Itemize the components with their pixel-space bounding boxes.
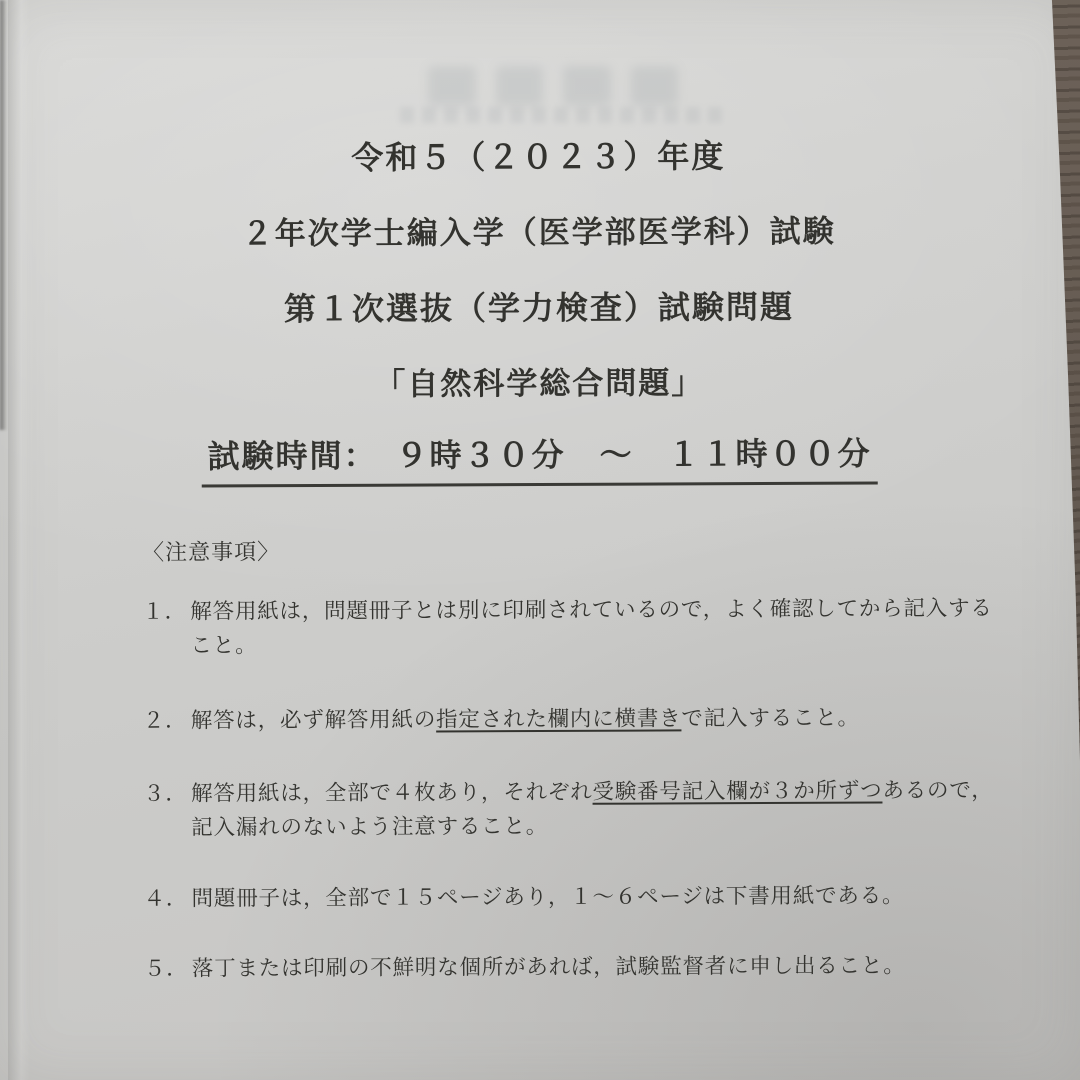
note-text-pre: 解答は，必ず解答用紙の bbox=[191, 707, 436, 732]
note-number: ２． bbox=[143, 704, 191, 738]
note-text-pre: 解答用紙は，全部で４枚あり，それぞれ bbox=[191, 780, 593, 806]
note-number: ３． bbox=[143, 777, 191, 845]
note-number: １． bbox=[142, 596, 190, 664]
photo-of-exam-cover: 令和５（２０２３）年度 ２年次学士編入学（医学部医学科）試験 第１次選抜（学力検… bbox=[0, 0, 1080, 1080]
exam-time: 試験時間： ９時３０分 ～ １１時００分 bbox=[202, 429, 878, 488]
note-item-4: ４． 問題冊子は，全部で１５ページあり，１～６ページは下書用紙である。 bbox=[143, 879, 1005, 917]
note-text: 落丁または印刷の不鮮明な個所があれば，試験監督者に申し出ること。 bbox=[192, 949, 1006, 987]
note-number: ４． bbox=[143, 882, 191, 916]
title-block: 令和５（２０２３）年度 ２年次学士編入学（医学部医学科）試験 第１次選抜（学力検… bbox=[0, 130, 1080, 489]
note-text-underlined: 受験番号記入欄が３か所ずつ bbox=[592, 778, 882, 803]
note-text: 解答用紙は，問題冊子とは別に印刷されているので，よく確認してから記入すること。 bbox=[190, 592, 1004, 663]
note-item-5: ５． 落丁または印刷の不鮮明な個所があれば，試験監督者に申し出ること。 bbox=[144, 949, 1006, 987]
note-text: 解答は，必ず解答用紙の指定された欄内に横書きで記入すること。 bbox=[191, 701, 1005, 739]
notes-section: 〈注意事項〉 １． 解答用紙は，問題冊子とは別に印刷されているので，よく確認して… bbox=[142, 532, 1006, 987]
note-text-pre: 問題冊子は，全部で１５ページあり，１～６ページは下書用紙である。 bbox=[192, 883, 905, 910]
title-selection-stage: 第１次選抜（学力検査）試験問題 bbox=[0, 281, 1079, 332]
printed-content: 令和５（２０２３）年度 ２年次学士編入学（医学部医学科）試験 第１次選抜（学力検… bbox=[0, 0, 1080, 1080]
title-exam-name: ２年次学士編入学（医学部医学科）試験 bbox=[0, 205, 1079, 255]
note-item-1: １． 解答用紙は，問題冊子とは別に印刷されているので，よく確認してから記入するこ… bbox=[142, 592, 1004, 664]
note-number: ５． bbox=[144, 952, 192, 986]
notes-header: 〈注意事項〉 bbox=[142, 532, 1004, 567]
note-item-3: ３． 解答用紙は，全部で４枚あり，それぞれ受験番号記入欄が３か所ずつあるので，記… bbox=[143, 774, 1005, 846]
title-subject: 「自然科学総合問題」 bbox=[0, 356, 1079, 406]
note-text-post: で記入すること。 bbox=[681, 706, 860, 731]
note-text-pre: 落丁または印刷の不鮮明な個所があれば，試験監督者に申し出ること。 bbox=[192, 953, 906, 980]
note-item-2: ２． 解答は，必ず解答用紙の指定された欄内に横書きで記入すること。 bbox=[143, 701, 1005, 739]
title-year: 令和５（２０２３）年度 bbox=[0, 130, 1078, 181]
note-text: 問題冊子は，全部で１５ページあり，１～６ページは下書用紙である。 bbox=[191, 879, 1005, 917]
note-text-underlined: 指定された欄内に横書き bbox=[436, 706, 681, 731]
note-text-pre: 解答用紙は，問題冊子とは別に印刷されているので，よく確認してから記入すること。 bbox=[190, 596, 992, 657]
note-text: 解答用紙は，全部で４枚あり，それぞれ受験番号記入欄が３か所ずつあるので，記入漏れ… bbox=[191, 774, 1005, 845]
